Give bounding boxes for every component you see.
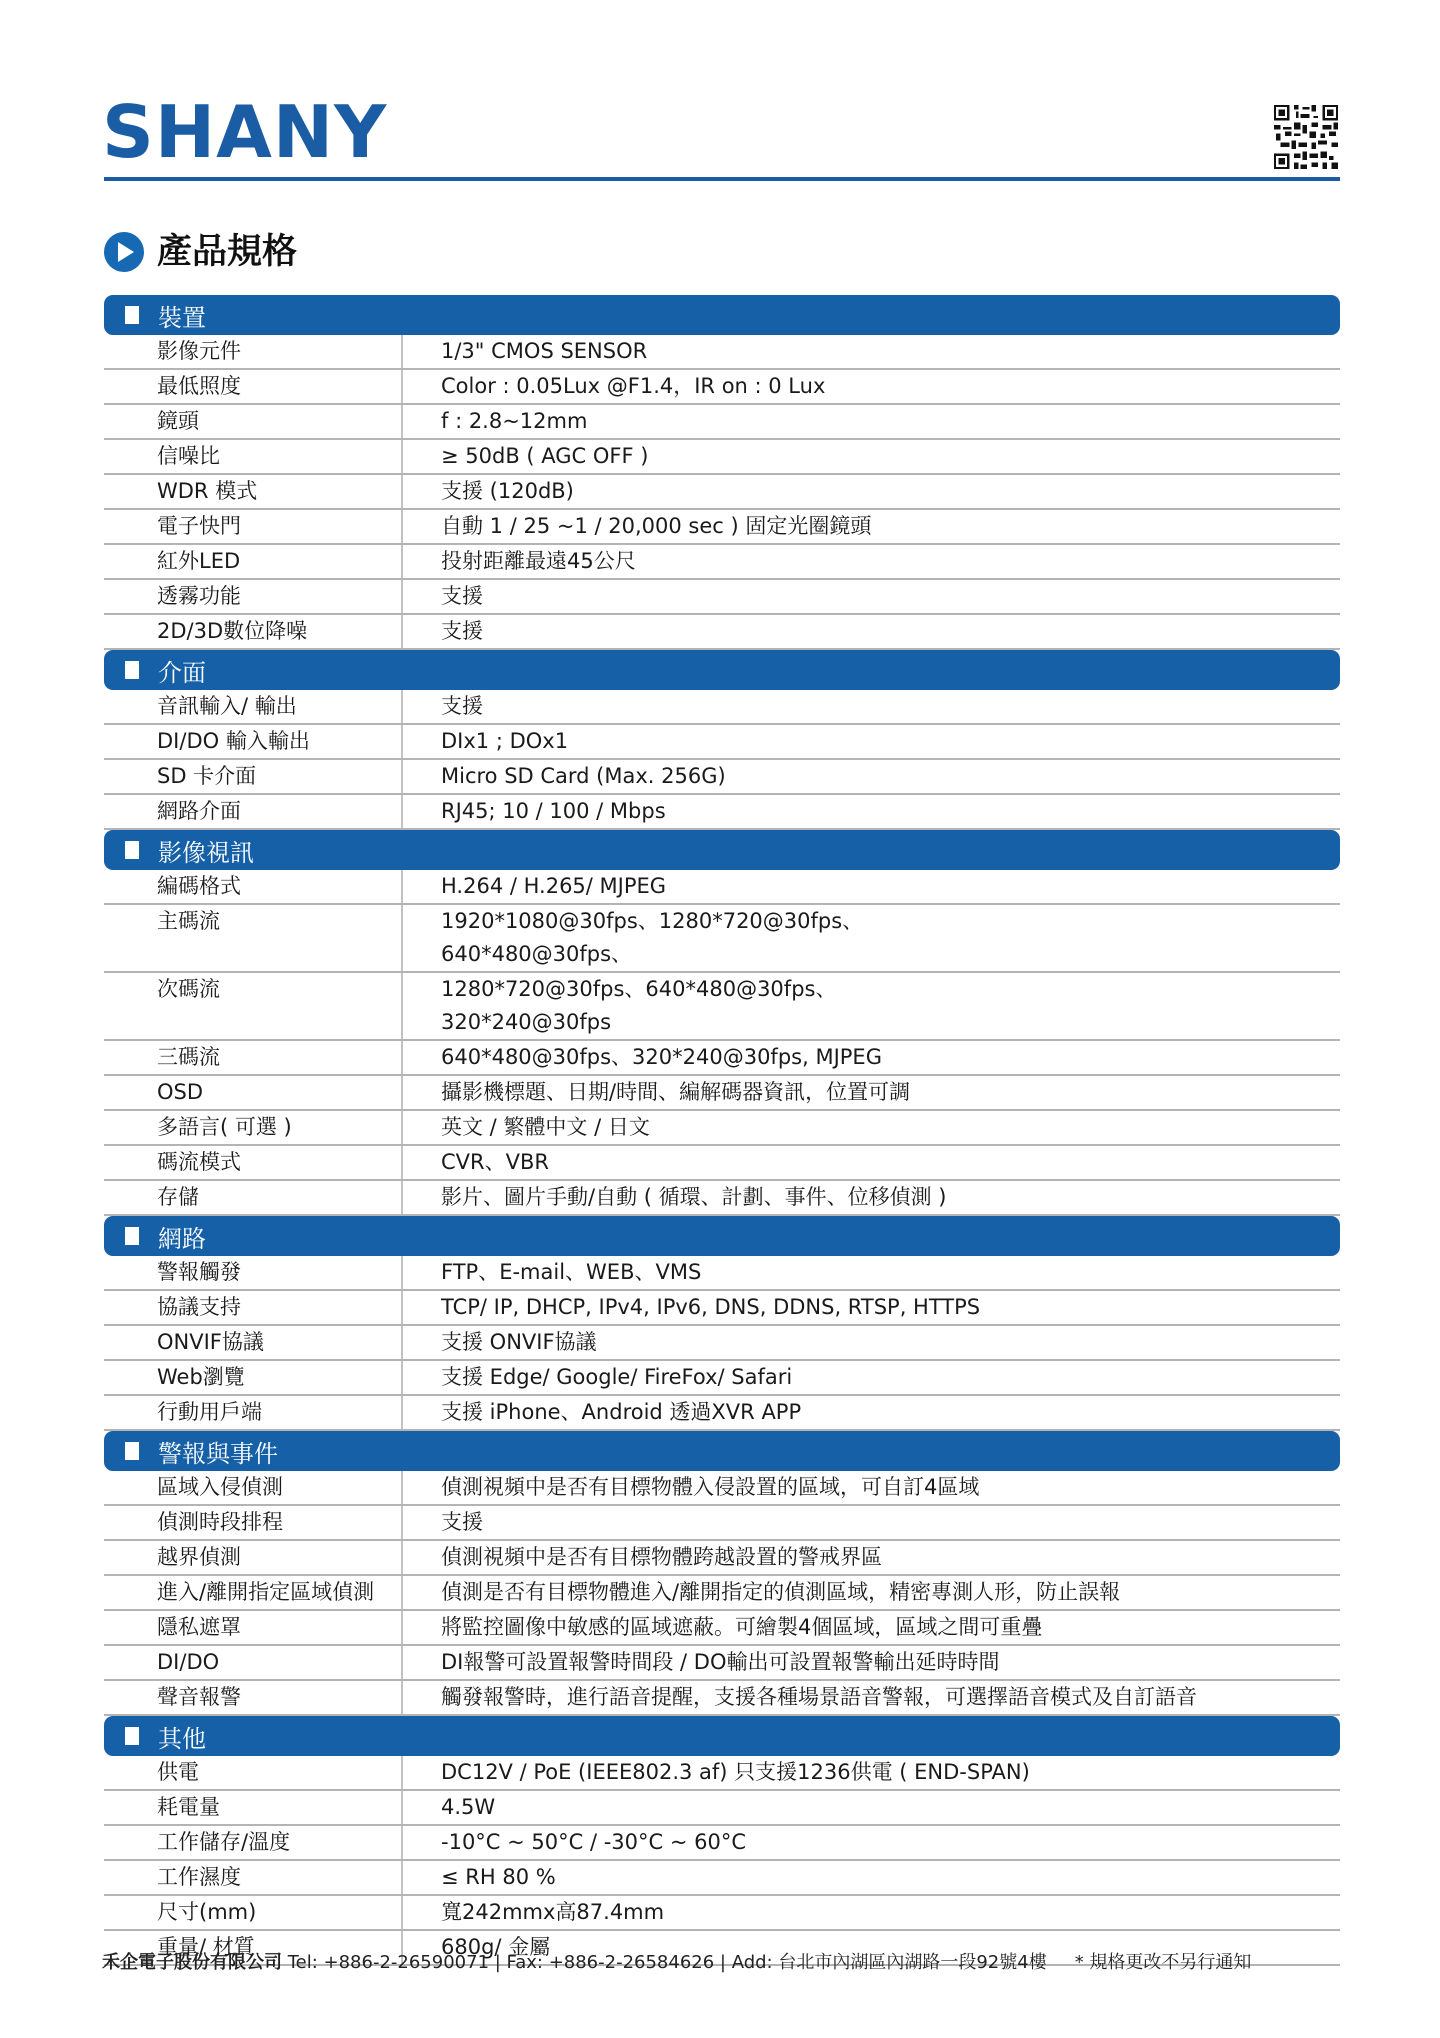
section-title: 介面 bbox=[158, 653, 206, 688]
spec-row: 透霧功能支援 bbox=[104, 580, 1340, 615]
spec-value: CVR、VBR bbox=[441, 1146, 549, 1179]
spec-row: SD 卡介面Micro SD Card (Max. 256G) bbox=[104, 760, 1340, 795]
section-title: 網路 bbox=[158, 1219, 206, 1254]
spec-row: 偵測時段排程支援 bbox=[104, 1506, 1340, 1541]
spec-value: 1920*1080@30fps、1280*720@30fps、 bbox=[441, 905, 863, 938]
spec-value: 影片、圖片手動/自動 ( 循環、計劃、事件、位移偵測 ) bbox=[441, 1181, 947, 1214]
spec-value: 投射距離最遠45公尺 bbox=[441, 545, 636, 578]
spec-label: 網路介面 bbox=[157, 795, 401, 828]
spec-value: 寬242mmx高87.4mm bbox=[441, 1896, 664, 1929]
square-bullet-icon bbox=[125, 1227, 139, 1245]
spec-table: 裝置影像元件1/3" CMOS SENSOR最低照度Color : 0.05Lu… bbox=[104, 295, 1340, 1966]
spec-label: 主碼流 bbox=[157, 905, 401, 938]
spec-label: 區域入侵偵測 bbox=[157, 1471, 401, 1504]
square-bullet-icon bbox=[125, 841, 139, 859]
spec-value: 支援 bbox=[441, 615, 483, 648]
spec-row: 區域入侵偵測偵測視頻中是否有目標物體入侵設置的區域，可自訂4區域 bbox=[104, 1471, 1340, 1506]
spec-value: DI報警可設置報警時間段 / DO輸出可設置報警輸出延時時間 bbox=[441, 1646, 1000, 1679]
spec-row: Web瀏覽支援 Edge/ Google/ FireFox/ Safari bbox=[104, 1361, 1340, 1396]
spec-value: 1/3" CMOS SENSOR bbox=[441, 335, 647, 368]
header-divider bbox=[104, 177, 1340, 181]
spec-value: DC12V / PoE (IEEE802.3 af) 只支援1236供電 ( E… bbox=[441, 1756, 1030, 1789]
spec-row: 最低照度Color : 0.05Lux @F1.4，IR on : 0 Lux bbox=[104, 370, 1340, 405]
spec-row: 聲音報警觸發報警時，進行語音提醒，支援各種場景語音警報，可選擇語音模式及自訂語音 bbox=[104, 1681, 1340, 1716]
spec-row: DI/DODI報警可設置報警時間段 / DO輸出可設置報警輸出延時時間 bbox=[104, 1646, 1340, 1681]
spec-label: 工作儲存/溫度 bbox=[157, 1826, 401, 1859]
spec-label: ONVIF協議 bbox=[157, 1326, 401, 1359]
spec-label: 信噪比 bbox=[157, 440, 401, 473]
spec-value: 英文 / 繁體中文 / 日文 bbox=[441, 1111, 650, 1144]
spec-label: OSD bbox=[157, 1076, 401, 1109]
spec-label: 尺寸(mm) bbox=[157, 1896, 401, 1929]
spec-value: 攝影機標題、日期/時間、編解碼器資訊，位置可調 bbox=[441, 1076, 910, 1109]
spec-value: H.264 / H.265/ MJPEG bbox=[441, 870, 666, 903]
spec-value: 支援 ONVIF協議 bbox=[441, 1326, 597, 1359]
spec-row: 紅外LED投射距離最遠45公尺 bbox=[104, 545, 1340, 580]
shany-logo: SHANY bbox=[102, 92, 387, 172]
spec-value: f : 2.8~12mm bbox=[441, 405, 587, 438]
spec-row: 工作儲存/溫度-10°C ~ 50°C / -30°C ~ 60°C bbox=[104, 1826, 1340, 1861]
spec-label: 耗電量 bbox=[157, 1791, 401, 1824]
spec-value: DIx1 ; DOx1 bbox=[441, 725, 568, 758]
spec-label: 偵測時段排程 bbox=[157, 1506, 401, 1539]
spec-label: 聲音報警 bbox=[157, 1681, 401, 1714]
spec-label: SD 卡介面 bbox=[157, 760, 401, 793]
spec-label: 協議支持 bbox=[157, 1291, 401, 1324]
section-header: 影像視訊 bbox=[104, 830, 1340, 870]
spec-value: Color : 0.05Lux @F1.4，IR on : 0 Lux bbox=[441, 370, 825, 403]
spec-row: 電子快門自動 1 / 25 ~1 / 20,000 sec ) 固定光圈鏡頭 bbox=[104, 510, 1340, 545]
spec-value: 320*240@30fps bbox=[441, 1006, 836, 1039]
spec-value: 支援 (120dB) bbox=[441, 475, 574, 508]
spec-row: 存儲影片、圖片手動/自動 ( 循環、計劃、事件、位移偵測 ) bbox=[104, 1181, 1340, 1216]
spec-value: ≤ RH 80 % bbox=[441, 1861, 556, 1894]
spec-label: 影像元件 bbox=[157, 335, 401, 368]
spec-value: 自動 1 / 25 ~1 / 20,000 sec ) 固定光圈鏡頭 bbox=[441, 510, 871, 543]
spec-label: 透霧功能 bbox=[157, 580, 401, 613]
spec-row: 次碼流1280*720@30fps、640*480@30fps、320*240@… bbox=[104, 973, 1340, 1041]
spec-value: 4.5W bbox=[441, 1791, 495, 1824]
page-title: 產品規格 bbox=[157, 230, 297, 274]
section-header: 網路 bbox=[104, 1216, 1340, 1256]
spec-row: 網路介面RJ45; 10 / 100 / Mbps bbox=[104, 795, 1340, 830]
spec-label: 隱私遮罩 bbox=[157, 1611, 401, 1644]
section-header: 介面 bbox=[104, 650, 1340, 690]
spec-row: 行動用戶端支援 iPhone、Android 透過XVR APP bbox=[104, 1396, 1340, 1431]
spec-row: 信噪比≥ 50dB ( AGC OFF ) bbox=[104, 440, 1340, 475]
spec-label: DI/DO bbox=[157, 1646, 401, 1679]
square-bullet-icon bbox=[125, 306, 139, 324]
spec-row: 影像元件1/3" CMOS SENSOR bbox=[104, 335, 1340, 370]
spec-label: 供電 bbox=[157, 1756, 401, 1789]
spec-value: 偵測是否有目標物體進入/離開指定的偵測區域，精密專測人形，防止誤報 bbox=[441, 1576, 1120, 1609]
spec-value: 觸發報警時，進行語音提醒，支援各種場景語音警報，可選擇語音模式及自訂語音 bbox=[441, 1681, 1197, 1714]
section-title: 影像視訊 bbox=[158, 833, 254, 868]
footer-note: * 規格更改不另行通知 bbox=[1075, 1952, 1252, 1973]
spec-value: RJ45; 10 / 100 / Mbps bbox=[441, 795, 666, 828]
spec-label: 音訊輸入/ 輸出 bbox=[157, 690, 401, 723]
spec-label: DI/DO 輸入輸出 bbox=[157, 725, 401, 758]
spec-label: 進入/離開指定區域偵測 bbox=[157, 1576, 401, 1609]
spec-value: 640*480@30fps、 bbox=[441, 938, 863, 971]
spec-row: 供電DC12V / PoE (IEEE802.3 af) 只支援1236供電 (… bbox=[104, 1756, 1340, 1791]
spec-label: 行動用戶端 bbox=[157, 1396, 401, 1429]
spec-value: 支援 iPhone、Android 透過XVR APP bbox=[441, 1396, 801, 1429]
spec-value: 偵測視頻中是否有目標物體跨越設置的警戒界區 bbox=[441, 1541, 882, 1574]
spec-row: 主碼流1920*1080@30fps、1280*720@30fps、640*48… bbox=[104, 905, 1340, 973]
square-bullet-icon bbox=[125, 661, 139, 679]
spec-label: 碼流模式 bbox=[157, 1146, 401, 1179]
spec-value: 1280*720@30fps、640*480@30fps、 bbox=[441, 973, 836, 1006]
spec-row: 警報觸發FTP、E-mail、WEB、VMS bbox=[104, 1256, 1340, 1291]
spec-row: 尺寸(mm)寬242mmx高87.4mm bbox=[104, 1896, 1340, 1931]
spec-row: 協議支持TCP/ IP, DHCP, IPv4, IPv6, DNS, DDNS… bbox=[104, 1291, 1340, 1326]
spec-row: 2D/3D數位降噪支援 bbox=[104, 615, 1340, 650]
section-title: 警報與事件 bbox=[158, 1434, 278, 1469]
spec-value: 支援 Edge/ Google/ FireFox/ Safari bbox=[441, 1361, 792, 1394]
spec-row: OSD攝影機標題、日期/時間、編解碼器資訊，位置可調 bbox=[104, 1076, 1340, 1111]
spec-row: 多語言( 可選 )英文 / 繁體中文 / 日文 bbox=[104, 1111, 1340, 1146]
spec-label: 紅外LED bbox=[157, 545, 401, 578]
spec-row: 鏡頭f : 2.8~12mm bbox=[104, 405, 1340, 440]
spec-row: WDR 模式支援 (120dB) bbox=[104, 475, 1340, 510]
footer: 禾企電子股份有限公司 Tel: +886-2-26590071 | Fax: +… bbox=[102, 1950, 1251, 1976]
spec-row: 耗電量4.5W bbox=[104, 1791, 1340, 1826]
square-bullet-icon bbox=[125, 1442, 139, 1460]
spec-label: 多語言( 可選 ) bbox=[157, 1111, 401, 1144]
spec-row: 越界偵測偵測視頻中是否有目標物體跨越設置的警戒界區 bbox=[104, 1541, 1340, 1576]
spec-label: 編碼格式 bbox=[157, 870, 401, 903]
spec-label: 警報觸發 bbox=[157, 1256, 401, 1289]
spec-row: 進入/離開指定區域偵測偵測是否有目標物體進入/離開指定的偵測區域，精密專測人形，… bbox=[104, 1576, 1340, 1611]
spec-row: 碼流模式CVR、VBR bbox=[104, 1146, 1340, 1181]
spec-row: 工作濕度≤ RH 80 % bbox=[104, 1861, 1340, 1896]
section-title: 其他 bbox=[158, 1719, 206, 1754]
spec-label: 工作濕度 bbox=[157, 1861, 401, 1894]
spec-value: -10°C ~ 50°C / -30°C ~ 60°C bbox=[441, 1826, 746, 1859]
spec-label: WDR 模式 bbox=[157, 475, 401, 508]
square-bullet-icon bbox=[125, 1727, 139, 1745]
spec-value: 將監控圖像中敏感的區域遮蔽。可繪製4個區域，區域之間可重疊 bbox=[441, 1611, 1042, 1644]
spec-label: 存儲 bbox=[157, 1181, 401, 1214]
spec-row: 音訊輸入/ 輸出支援 bbox=[104, 690, 1340, 725]
spec-label: 電子快門 bbox=[157, 510, 401, 543]
spec-row: 編碼格式H.264 / H.265/ MJPEG bbox=[104, 870, 1340, 905]
qr-code-icon bbox=[1274, 103, 1338, 171]
spec-label: 次碼流 bbox=[157, 973, 401, 1006]
footer-contact: Tel: +886-2-26590071 | Fax: +886-2-26584… bbox=[282, 1952, 1047, 1973]
spec-value: 支援 bbox=[441, 580, 483, 613]
section-header: 裝置 bbox=[104, 295, 1340, 335]
spec-value: 偵測視頻中是否有目標物體入侵設置的區域，可自訂4區域 bbox=[441, 1471, 979, 1504]
page-title-block: 產品規格 bbox=[104, 230, 297, 274]
spec-label: 2D/3D數位降噪 bbox=[157, 615, 401, 648]
spec-label: 越界偵測 bbox=[157, 1541, 401, 1574]
section-header: 警報與事件 bbox=[104, 1431, 1340, 1471]
spec-value: 640*480@30fps、320*240@30fps, MJPEG bbox=[441, 1041, 882, 1074]
spec-row: 隱私遮罩將監控圖像中敏感的區域遮蔽。可繪製4個區域，區域之間可重疊 bbox=[104, 1611, 1340, 1646]
spec-row: 三碼流640*480@30fps、320*240@30fps, MJPEG bbox=[104, 1041, 1340, 1076]
spec-value: TCP/ IP, DHCP, IPv4, IPv6, DNS, DDNS, RT… bbox=[441, 1291, 980, 1324]
section-title: 裝置 bbox=[158, 298, 206, 333]
spec-value: 支援 bbox=[441, 690, 483, 723]
spec-value: ≥ 50dB ( AGC OFF ) bbox=[441, 440, 648, 473]
spec-label: Web瀏覽 bbox=[157, 1361, 401, 1394]
spec-value: 支援 bbox=[441, 1506, 483, 1539]
spec-value: FTP、E-mail、WEB、VMS bbox=[441, 1256, 701, 1289]
spec-label: 最低照度 bbox=[157, 370, 401, 403]
spec-row: DI/DO 輸入輸出DIx1 ; DOx1 bbox=[104, 725, 1340, 760]
footer-company: 禾企電子股份有限公司 bbox=[102, 1952, 282, 1973]
spec-label: 三碼流 bbox=[157, 1041, 401, 1074]
section-header: 其他 bbox=[104, 1716, 1340, 1756]
spec-label: 鏡頭 bbox=[157, 405, 401, 438]
play-circle-icon bbox=[104, 232, 144, 272]
spec-row: ONVIF協議支援 ONVIF協議 bbox=[104, 1326, 1340, 1361]
spec-value: Micro SD Card (Max. 256G) bbox=[441, 760, 726, 793]
